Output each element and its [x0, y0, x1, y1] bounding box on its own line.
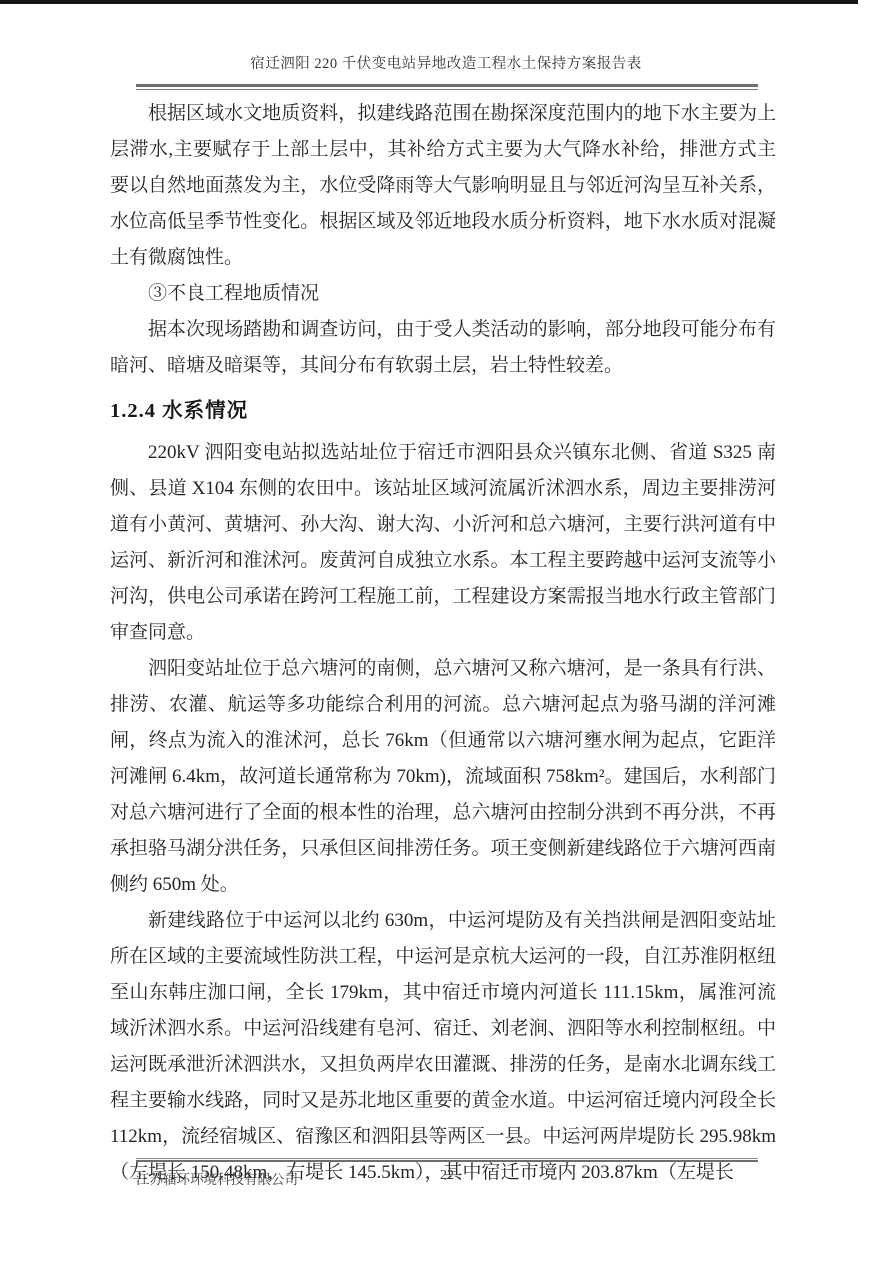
paragraph-bad-geology-label: ③不良工程地质情况	[110, 276, 776, 312]
footer-company-name: 江苏辐环环境科技有限公司	[136, 1168, 298, 1188]
paragraph-groundwater: 根据区域水文地质资料，拟建线路范围在勘探深度范围内的地下水主要为上层滞水,主要赋…	[110, 96, 776, 276]
header-rule	[136, 84, 758, 90]
section-heading-1-2-4: 1.2.4 水系情况	[110, 393, 776, 429]
paragraph-station-site: 220kV 泗阳变电站拟选站址位于宿迁市泗阳县众兴镇东北侧、省道 S325 南侧…	[110, 435, 776, 651]
paragraph-bad-geology: 据本次现场踏勘和调查访问，由于受人类活动的影响，部分地段可能分布有暗河、暗塘及暗…	[110, 312, 776, 384]
document-body: 根据区域水文地质资料，拟建线路范围在勘探深度范围内的地下水主要为上层滞水,主要赋…	[110, 96, 776, 1191]
page-number: 22	[440, 1168, 454, 1184]
page-header-title: 宿迁泗阳 220 千伏变电站异地改造工程水土保持方案报告表	[0, 52, 892, 73]
scan-artifact-bar	[0, 0, 858, 4]
document-page: 宿迁泗阳 220 千伏变电站异地改造工程水土保持方案报告表 根据区域水文地质资料…	[0, 0, 892, 1262]
paragraph-zongliutang-river: 泗阳变站址位于总六塘河的南侧，总六塘河又称六塘河，是一条具有行洪、排涝、农灌、航…	[110, 651, 776, 903]
footer-rule	[136, 1158, 758, 1162]
paragraph-zhongyun-river: 新建线路位于中运河以北约 630m，中运河堤防及有关挡洪闸是泗阳变站址所在区域的…	[110, 903, 776, 1191]
